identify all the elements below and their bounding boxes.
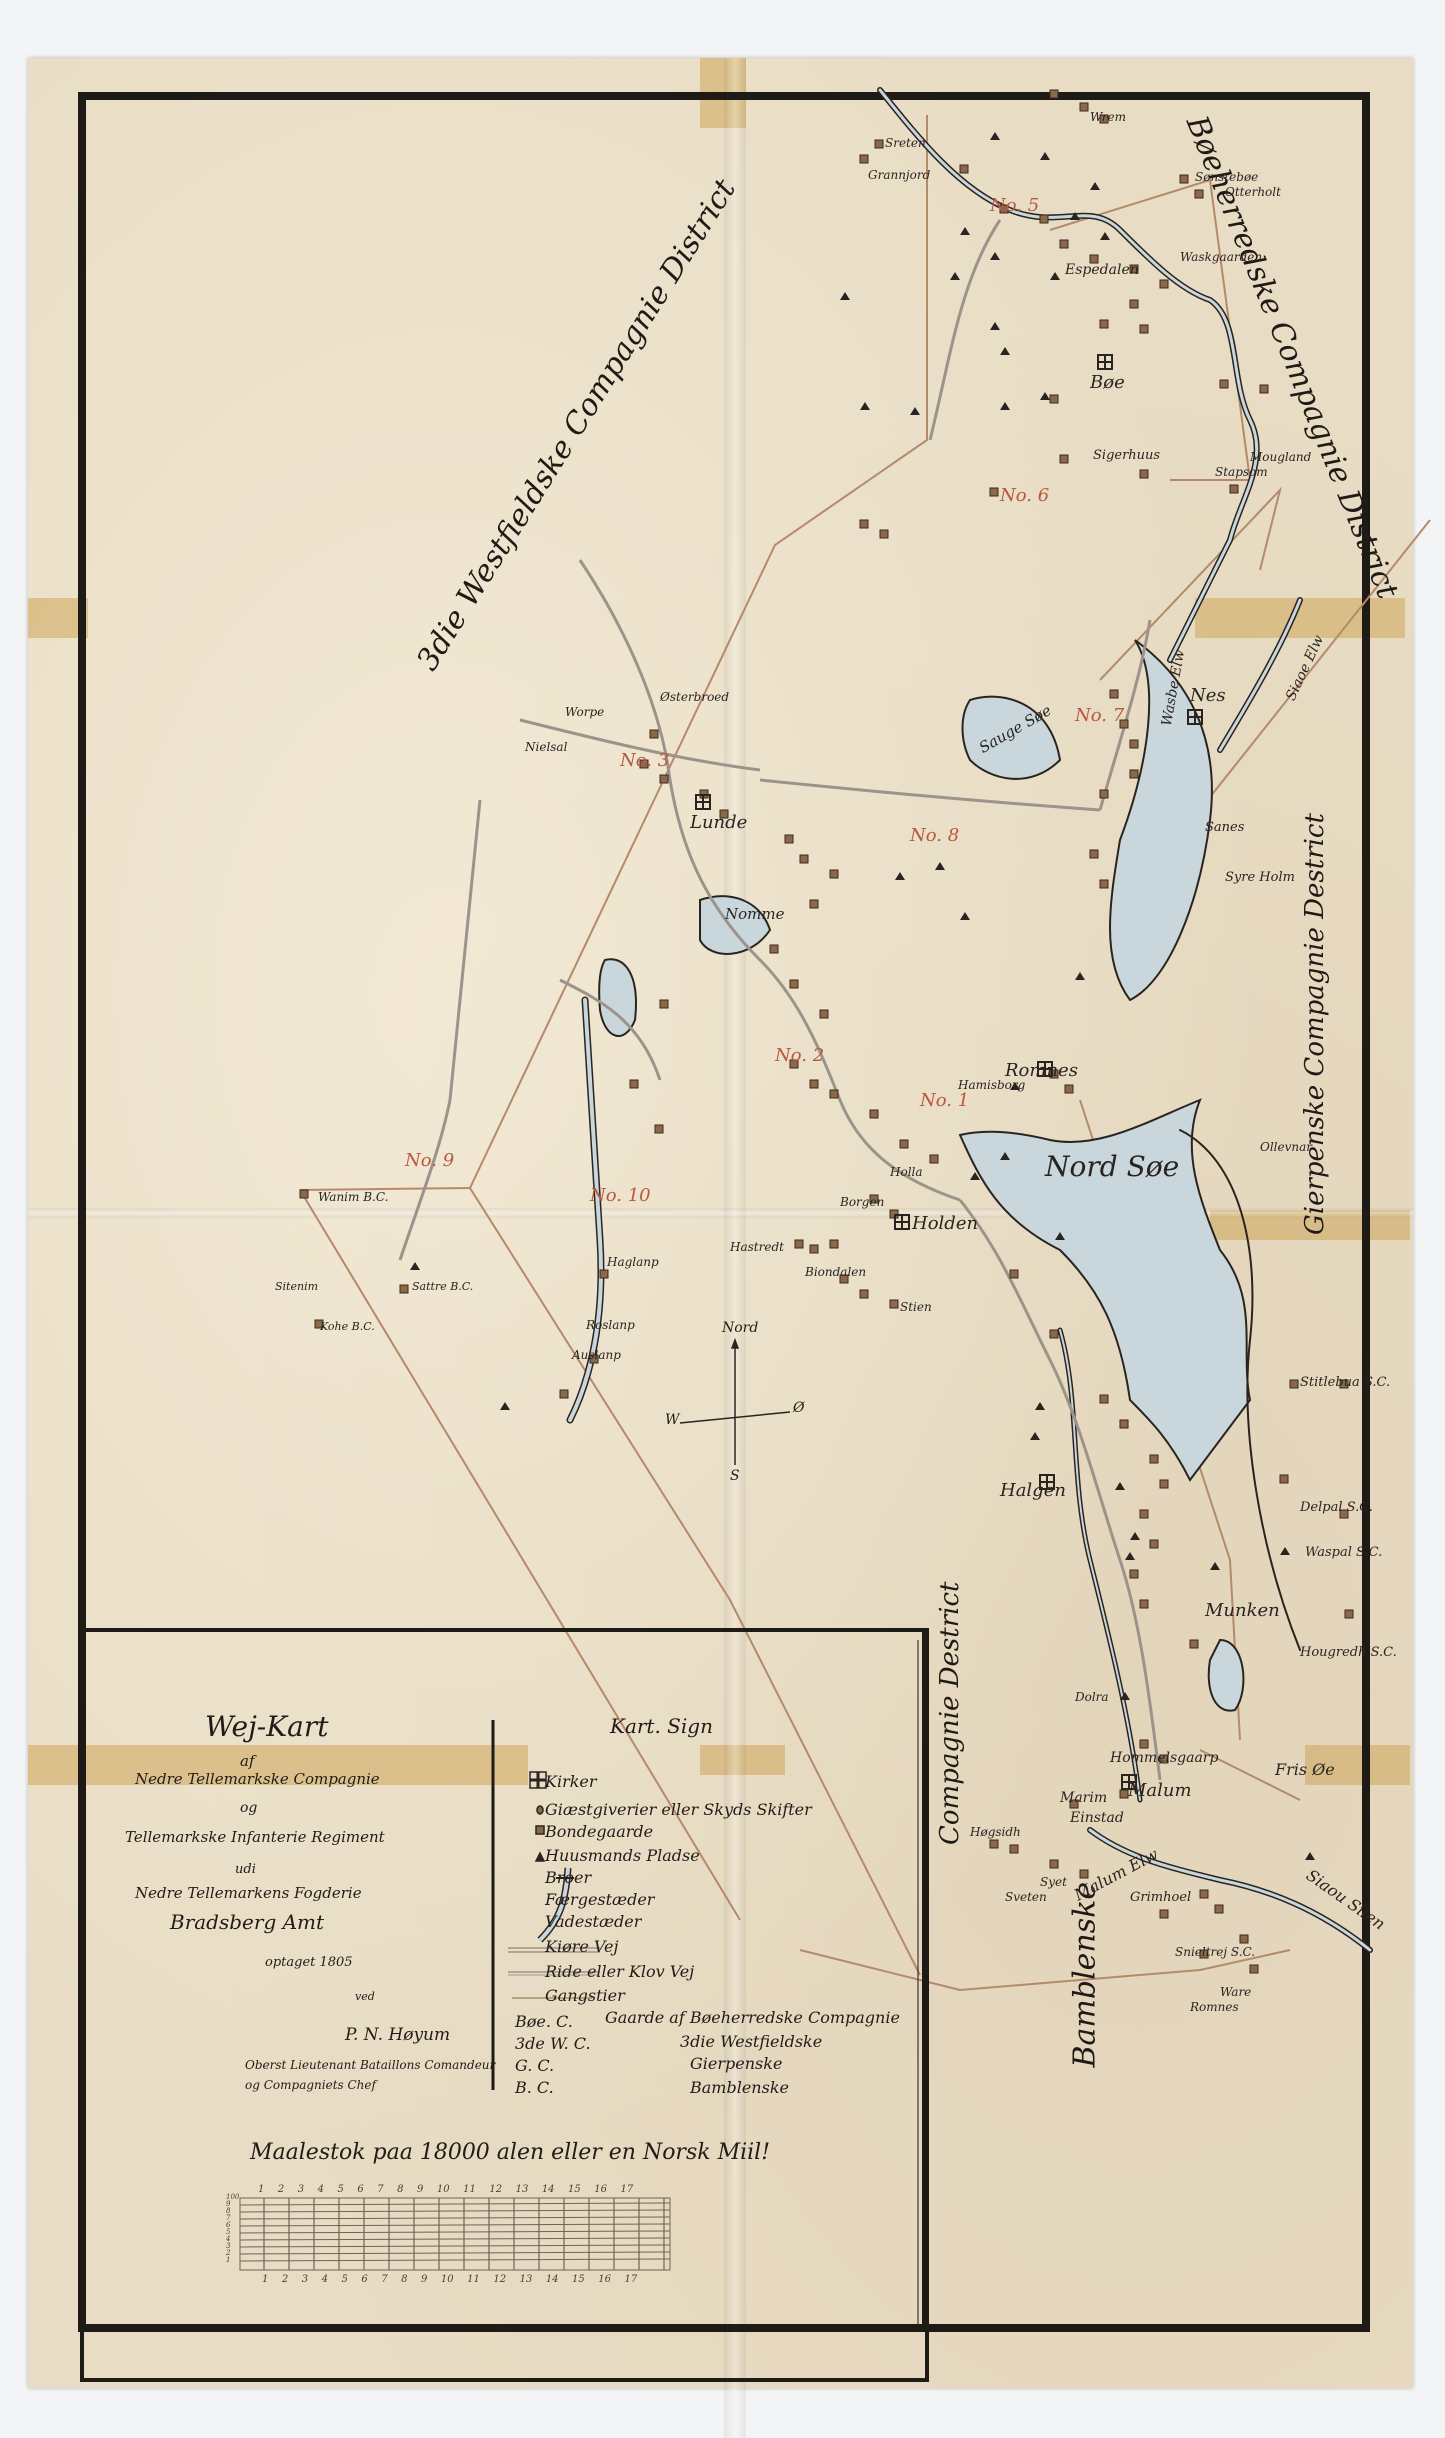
compass-west: W [665, 1412, 679, 1428]
title-line: Nedre Tellemarkens Fogderie [135, 1884, 362, 1902]
place-label: Waskgaarden [1180, 250, 1262, 264]
legend-item-inns: Giæstgiverier eller Skyds Skifter [545, 1800, 812, 1819]
scale-tick: 17 [621, 2184, 634, 2195]
scale-tick: 15 [572, 2274, 585, 2285]
place-label: Hommelsgaarp [1110, 1750, 1218, 1766]
place-label: Høgsidh [970, 1825, 1021, 1839]
district-label-compagnie: Compagnie Destrict [935, 1582, 965, 1845]
scale-tick: 17 [625, 2274, 638, 2285]
scale-tick: 5 [342, 2274, 348, 2285]
legend-item-bridle-path: Ride eller Klov Vej [545, 1962, 694, 1981]
place-label: Wrem [1090, 110, 1126, 124]
place-label: Nielsal [525, 740, 567, 754]
compass-east: Ø [793, 1400, 804, 1416]
place-label: Hamisborg [958, 1078, 1025, 1092]
road-number: No. 9 [405, 1150, 454, 1171]
place-label: Holla [890, 1165, 923, 1179]
scale-tick: 9 [421, 2274, 427, 2285]
place-label: Sattre B.C. [412, 1280, 473, 1293]
scale-tick: 2 [282, 2274, 288, 2285]
place-label: Roslanp [586, 1318, 635, 1332]
road-number: No. 5 [990, 195, 1039, 216]
scale-top-ticks: 1 2 3 4 5 6 7 8 9 10 11 12 13 14 15 16 1… [258, 2184, 678, 2195]
lake-label-nord-soe: Nord Søe [1045, 1150, 1179, 1183]
scale-tick: 2 [278, 2184, 284, 2195]
legend-heading: Kart. Sign [610, 1714, 713, 1738]
legend-item-fords: Vadestæder [545, 1912, 641, 1931]
place-label: Einstad [1070, 1810, 1124, 1826]
scale-tick: 4 [322, 2274, 328, 2285]
place-label: Hastredt [730, 1240, 784, 1254]
district-label-gierpenske: Gierpenske Compagnie Destrict [1300, 813, 1330, 1235]
town-label-boe: Bøe [1090, 372, 1125, 393]
scale-tick: 7 [377, 2184, 383, 2195]
legend-abbr: B. C. [515, 2078, 554, 2097]
scale-tick: 4 [318, 2184, 324, 2195]
place-label: Otterholt [1225, 185, 1281, 199]
legend-item-ferries: Færgestæder [545, 1890, 654, 1909]
place-label: Marim [1060, 1790, 1107, 1806]
title-line: Bradsberg Amt [170, 1910, 324, 1934]
scale-tick: 9 [417, 2184, 423, 2195]
road-number: No. 6 [1000, 485, 1049, 506]
place-label: Mougland [1250, 450, 1311, 464]
scale-tick: 5 [338, 2184, 344, 2195]
scale-tick: 11 [467, 2274, 480, 2285]
place-label: Worpe [565, 705, 604, 719]
legend-abbr: G. C. [515, 2056, 554, 2075]
title-line: og [240, 1800, 257, 1816]
place-label: Sitenim [275, 1280, 318, 1293]
scale-tick: 15 [568, 2184, 581, 2195]
title-line: udi [235, 1862, 256, 1877]
legend-abbr-meaning: 3die Westfieldske [680, 2032, 822, 2051]
town-label-malum: Malum [1128, 1780, 1192, 1801]
legend-item-farms: Bondegaarde [545, 1822, 653, 1841]
scale-tick: 6 [361, 2274, 367, 2285]
scale-tick: 1 [262, 2274, 268, 2285]
place-label: Stapsom [1215, 465, 1268, 479]
place-label: Delpal S.C. [1300, 1500, 1373, 1515]
place-label: Grannjord [868, 168, 930, 182]
map-title: Wej-Kart [205, 1710, 328, 1743]
scale-tick: 8 [401, 2274, 407, 2285]
scale-tick: 12 [493, 2274, 506, 2285]
scale-tick: 3 [302, 2274, 308, 2285]
place-label: Nomme [725, 905, 784, 923]
scale-tick: 1 [258, 2184, 264, 2195]
place-label: Hougredh S.C. [1300, 1645, 1397, 1660]
compass-north: Nord [722, 1320, 758, 1336]
legend-item-churches: Kirker [545, 1772, 597, 1791]
lake-label-fris-oe: Fris Øe [1275, 1760, 1335, 1779]
scale-tick: 1 [226, 2257, 239, 2264]
scale-tick: 7 [381, 2274, 387, 2285]
place-label: Sønstebøe [1195, 170, 1258, 184]
scale-tick: 16 [594, 2184, 607, 2195]
title-line: Oberst Lieutenant Bataillons Comandeur [245, 2058, 495, 2072]
legend-item-carriage-road: Kiøre Vej [545, 1937, 618, 1956]
legend-abbr: Bøe. C. [515, 2012, 573, 2031]
place-label: Syre Holm [1225, 870, 1295, 885]
legend-item-bridges: Broer [545, 1868, 591, 1887]
legend-abbr-meaning: Gaarde af Bøeherredske Compagnie [605, 2008, 900, 2027]
place-label: Sanes [1205, 820, 1244, 835]
place-label: Waspal S.C. [1305, 1545, 1382, 1560]
place-label: Østerbroed [660, 690, 729, 704]
place-label: Sreten [885, 136, 926, 150]
place-label: Stien [900, 1300, 932, 1314]
place-label: Auslanp [572, 1348, 621, 1362]
title-line: Nedre Tellemarkske Compagnie [135, 1770, 380, 1788]
road-number: No. 7 [1075, 705, 1124, 726]
scale-tick: 10 [437, 2184, 450, 2195]
road-number: No. 10 [590, 1185, 651, 1206]
scale-left-ticks: 100 9 8 7 6 5 4 3 2 1 [226, 2194, 239, 2264]
road-number: No. 8 [910, 825, 959, 846]
scale-bottom-ticks: 1 2 3 4 5 6 7 8 9 10 11 12 13 14 15 16 1… [262, 2274, 682, 2285]
place-label: Sveten [1005, 1890, 1047, 1904]
place-label: Biondalen [805, 1265, 866, 1279]
scale-tick: 10 [441, 2274, 454, 2285]
scale-tick: 14 [542, 2184, 555, 2195]
place-label: Wanim B.C. [318, 1190, 388, 1204]
legend-item-crofts: Huusmands Pladse [545, 1846, 700, 1865]
place-label: Borgen [840, 1195, 884, 1209]
place-label: Espedalen [1065, 262, 1139, 278]
place-label: Kohe B.C. [320, 1320, 375, 1333]
place-label: Sigerhuus [1093, 448, 1160, 463]
place-label: Grimhoel [1130, 1890, 1191, 1905]
scale-tick: 13 [520, 2274, 533, 2285]
town-label-lunde: Lunde [690, 812, 747, 833]
scale-tick: 3 [298, 2184, 304, 2195]
legend-abbr-meaning: Gierpenske [690, 2054, 782, 2073]
place-label: Snieltrej S.C. [1175, 1945, 1255, 1959]
town-label-nes: Nes [1190, 685, 1226, 706]
place-label: Ollevnar [1260, 1140, 1312, 1154]
legend-abbr: 3de W. C. [515, 2034, 591, 2053]
scale-title: Maalestok paa 18000 alen eller en Norsk … [250, 2140, 770, 2165]
place-label: Stitlebua S.C. [1300, 1375, 1390, 1390]
title-line: og Compagniets Chef [245, 2078, 376, 2092]
scale-tick: 8 [397, 2184, 403, 2195]
district-label-bamblenske: Bamblenske [1068, 1882, 1103, 2068]
place-label: Haglanp [607, 1255, 659, 1269]
road-number: No. 2 [775, 1045, 824, 1066]
scale-tick: 13 [516, 2184, 529, 2195]
road-number: No. 1 [920, 1090, 969, 1111]
scale-tick: 16 [598, 2274, 611, 2285]
scale-tick: 11 [463, 2184, 476, 2195]
compass-south: S [730, 1468, 740, 1484]
title-line: optaget 1805 [265, 1955, 353, 1970]
title-line: P. N. Høyum [345, 2025, 450, 2045]
scale-tick: 12 [489, 2184, 502, 2195]
title-line: af [240, 1752, 255, 1770]
lake-label-munken: Munken [1205, 1600, 1280, 1621]
town-label-halgen: Halgen [1000, 1480, 1066, 1501]
legend-abbr-meaning: Bamblenske [690, 2078, 789, 2097]
legend-item-footpath: Gangstier [545, 1986, 625, 2005]
scale-tick: 14 [546, 2274, 559, 2285]
place-label: Ware [1220, 1985, 1251, 1999]
road-number: No. 3 [620, 750, 669, 771]
place-label: Romnes [1190, 2000, 1239, 2014]
title-line: Tellemarkske Infanterie Regiment [125, 1828, 385, 1846]
title-line: ved [355, 1990, 375, 2003]
place-label: Dolra [1075, 1690, 1109, 1704]
town-label-holden: Holden [912, 1213, 978, 1234]
scale-tick: 6 [357, 2184, 363, 2195]
place-label: Syet [1040, 1875, 1067, 1889]
